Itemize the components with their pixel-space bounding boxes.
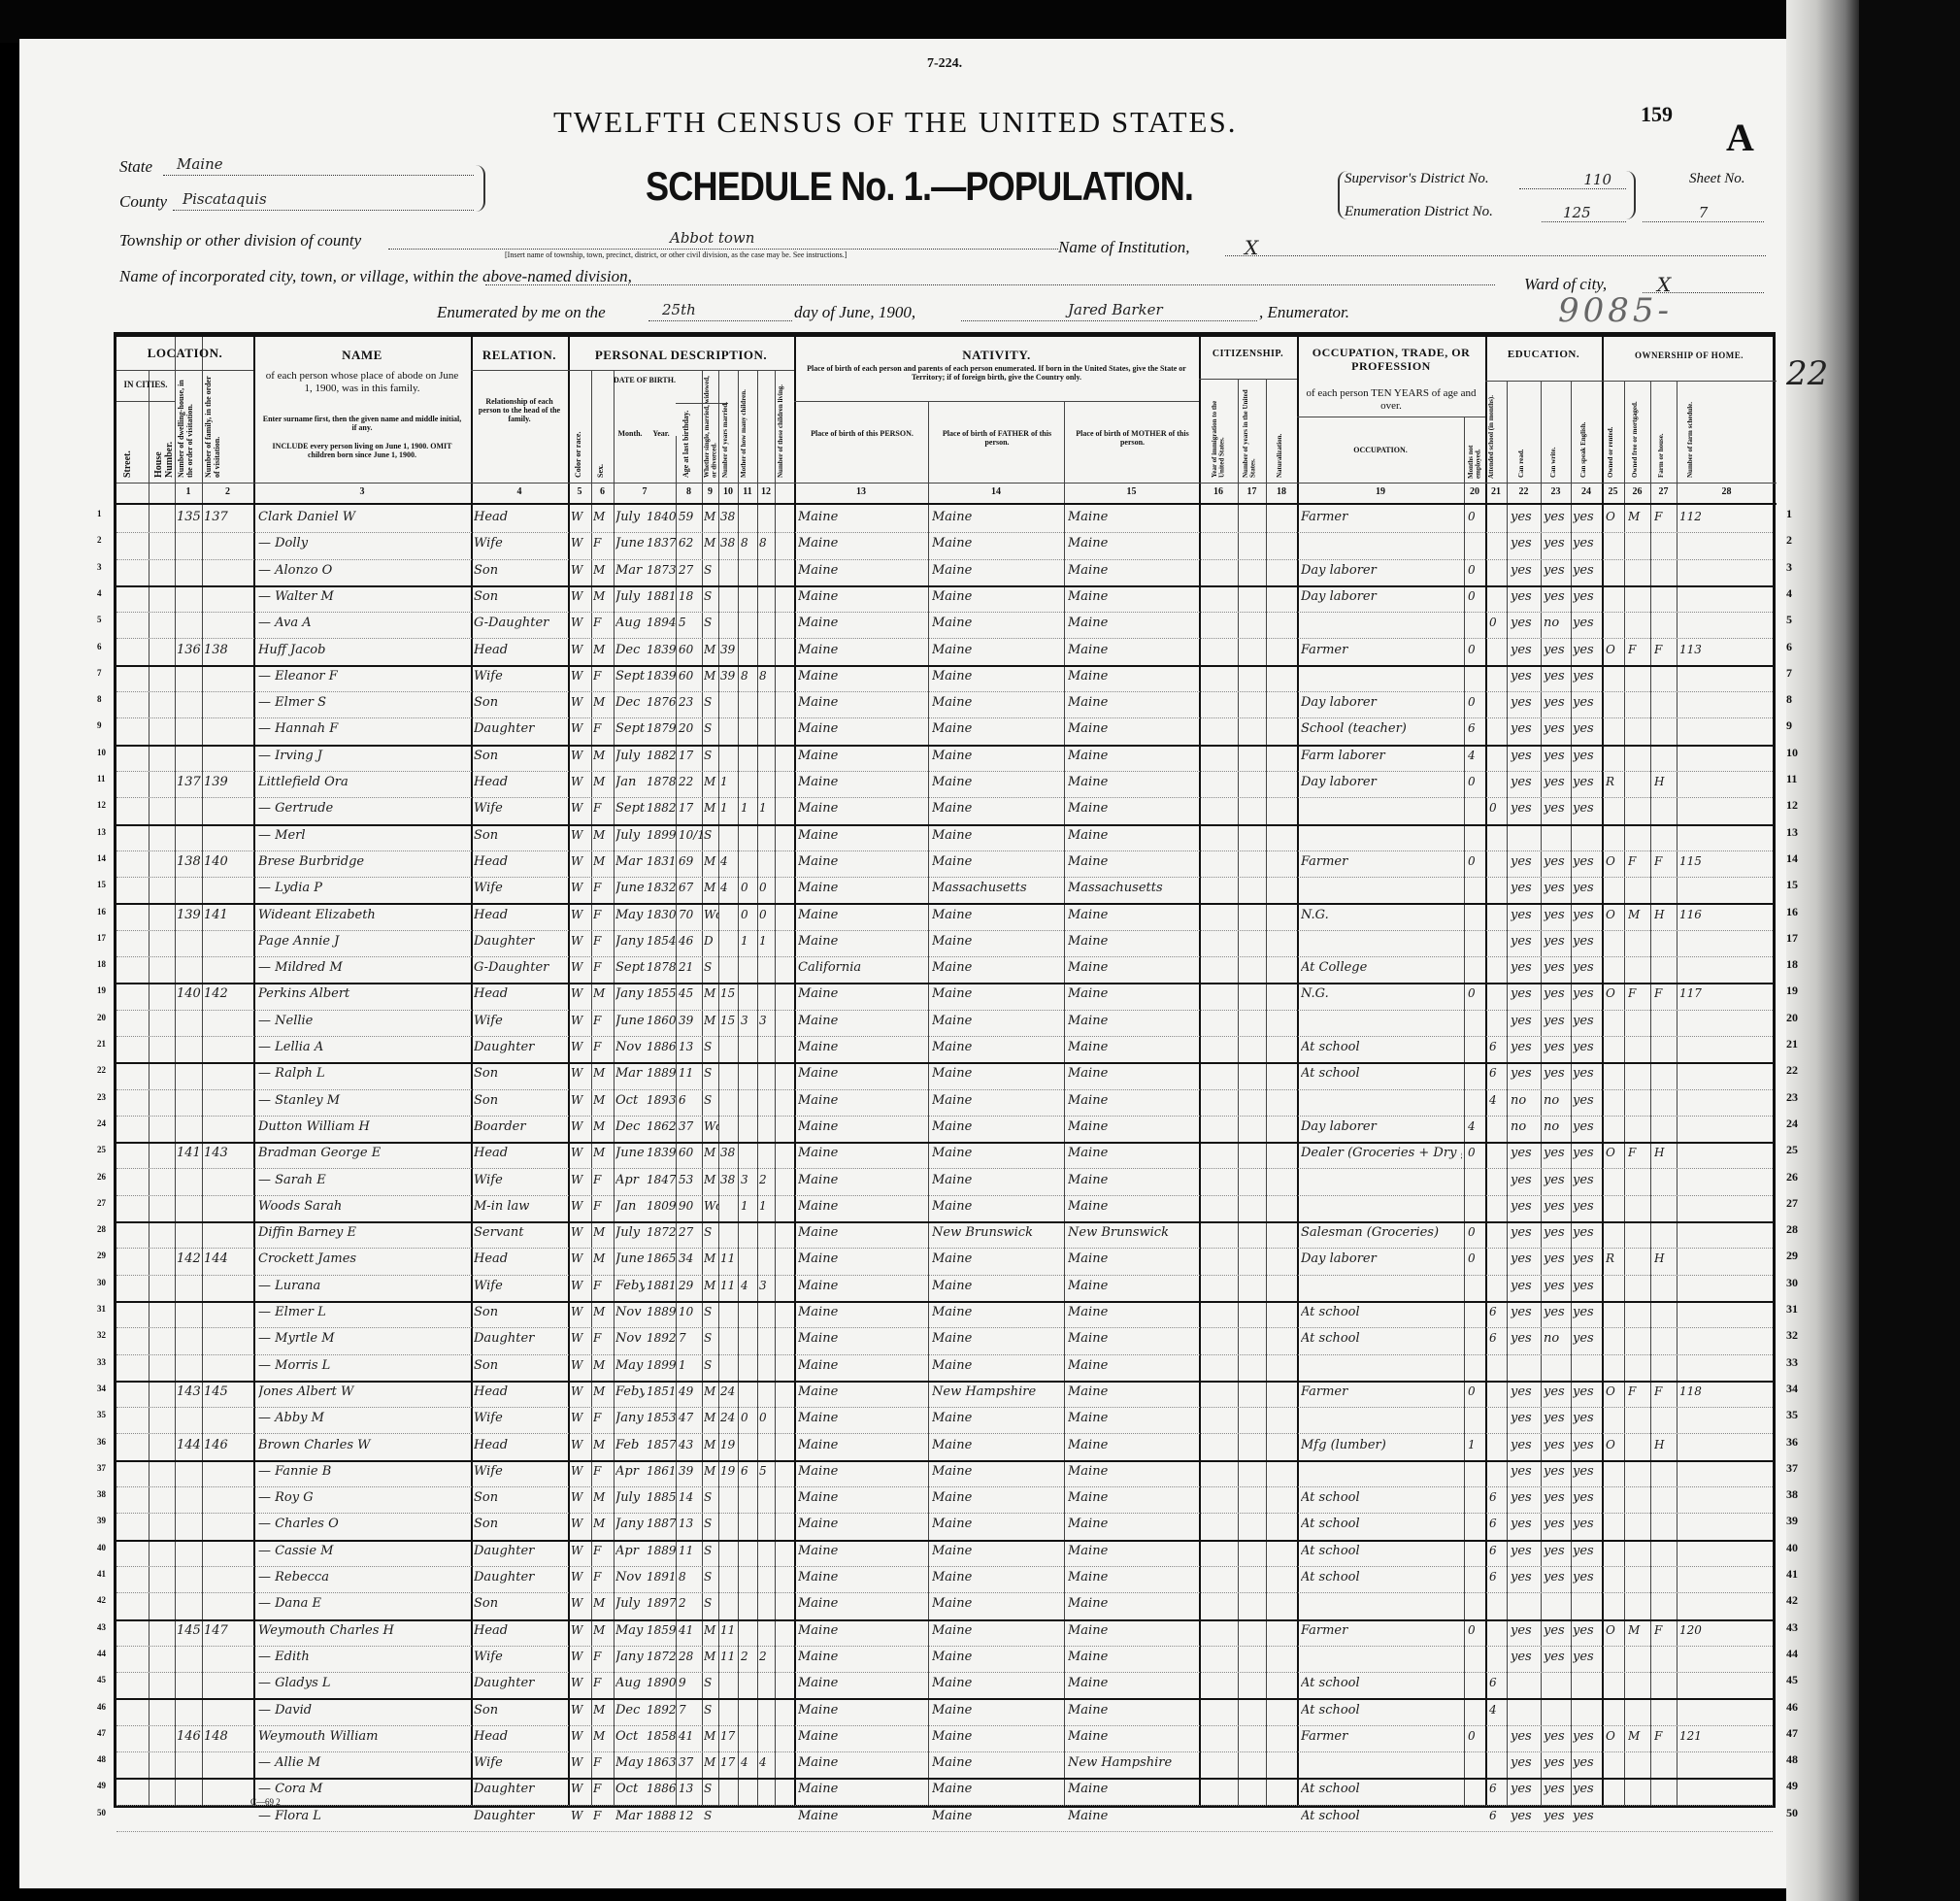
cell-bf: Maine (932, 1014, 1062, 1028)
cell-name: — Walter M (258, 589, 468, 604)
cell-month: Jan (615, 1199, 645, 1214)
cell-age: 13 (679, 1782, 702, 1795)
cell-sex: F (593, 1040, 613, 1053)
cell-rd: yes (1511, 1809, 1540, 1823)
cell-mar: S (704, 749, 718, 762)
cell-wr: no (1544, 616, 1571, 630)
cell-color: W (571, 643, 590, 656)
cell-color: W (571, 1782, 590, 1795)
line-number-left: 14 (97, 853, 106, 863)
cell-en: yes (1573, 695, 1601, 710)
cell-rel: Wife (474, 1279, 567, 1293)
cell-year: 1861 (647, 1464, 676, 1478)
cell-name: Weymouth William (258, 1729, 468, 1744)
cell-rel: Head (474, 1623, 567, 1638)
header-relation: RELATION. (471, 349, 568, 363)
cell-en: yes (1573, 854, 1601, 869)
cell-fm: F (1628, 1146, 1649, 1159)
cell-en: yes (1573, 510, 1601, 524)
cell-occ: At school (1301, 1305, 1462, 1319)
cell-sch: 6 (1489, 1544, 1505, 1557)
cell-name: — Stanley M (258, 1093, 468, 1108)
cell-year: 1832 (647, 881, 676, 894)
cell-sex: F (593, 1014, 613, 1027)
cell-bm: Maine (1068, 749, 1196, 763)
state-value: Maine (177, 155, 223, 173)
cell-name: Weymouth Charles H (258, 1623, 468, 1638)
header-birth-person: Place of birth of this PERSON. (796, 429, 928, 438)
cell-name: — Flora L (258, 1809, 468, 1823)
cell-dw: 140 (177, 986, 202, 1001)
cell-year: 1879 (647, 721, 676, 735)
column-number: 28 (1677, 486, 1777, 497)
cell-bp: Maine (798, 1040, 926, 1054)
cell-mo: 2 (741, 1650, 757, 1663)
cell-rd: yes (1511, 1199, 1540, 1214)
cell-year: 1897 (647, 1596, 676, 1610)
cell-sch: 6 (1489, 1490, 1505, 1504)
line-number-left: 29 (97, 1251, 106, 1260)
cell-rd: yes (1511, 749, 1540, 763)
cell-bf: New Hampshire (932, 1384, 1062, 1399)
cell-month: Feby (615, 1279, 645, 1293)
cell-ym: 4 (720, 881, 738, 894)
cell-bf: Maine (932, 695, 1062, 710)
cell-month: June (615, 1014, 645, 1028)
line-number: 20 (1786, 1011, 1798, 1025)
table-row: — EdithWifeWFJany187228M1122MaineMaineMa… (116, 1646, 1773, 1673)
cell-name: — Hannah F (258, 721, 468, 736)
cell-wr: yes (1544, 1199, 1571, 1214)
cell-fam: 145 (204, 1384, 252, 1399)
cell-bm: Maine (1068, 1490, 1196, 1505)
cell-year: 1892 (647, 1331, 676, 1345)
cell-age: 59 (679, 510, 702, 523)
cell-year: 1857 (647, 1438, 676, 1451)
line-number: 31 (1786, 1302, 1798, 1317)
cell-age: 34 (679, 1251, 702, 1265)
cell-color: W (571, 1305, 590, 1318)
cell-mo: 8 (741, 536, 757, 550)
cell-rel: Wife (474, 1411, 567, 1425)
cell-mo: 1 (741, 934, 757, 948)
cell-bm: Maine (1068, 1703, 1196, 1718)
cell-rd: yes (1511, 1173, 1540, 1187)
table-row: — Cassie MDaughterWFApr188911SMaineMaine… (116, 1540, 1773, 1567)
cell-year: 1889 (647, 1544, 676, 1557)
cell-bp: Maine (798, 1251, 926, 1266)
cell-rel: Head (474, 1384, 567, 1399)
cell-cl: 4 (759, 1755, 775, 1769)
cell-bf: Maine (932, 589, 1062, 604)
cell-sex: M (593, 1119, 613, 1133)
cell-occ: Dealer (Groceries + Dry goods) (1301, 1146, 1462, 1160)
ed-value: 125 (1563, 204, 1591, 221)
cell-rd: yes (1511, 1014, 1540, 1028)
cell-mar: S (704, 1305, 718, 1318)
cell-fam: 141 (204, 908, 252, 922)
line-number: 1 (1786, 507, 1792, 521)
table-row: — Irving JSonWMJuly188217SMaineMaineMain… (116, 745, 1773, 772)
cell-bp: Maine (798, 1596, 926, 1611)
table-row: — Morris LSonWMMay18991SMaineMaineMaine (116, 1354, 1773, 1383)
cell-rel: Son (474, 1305, 567, 1319)
cell-name: — Dana E (258, 1596, 468, 1611)
cell-color: W (571, 1199, 590, 1213)
cell-year: 1886 (647, 1040, 676, 1053)
line-number-left: 36 (97, 1437, 106, 1447)
cell-year: 1839 (647, 1146, 676, 1159)
cell-mar: S (704, 1596, 718, 1610)
cell-month: Mar (615, 854, 645, 869)
cell-rel: Boarder (474, 1119, 567, 1134)
cell-en: yes (1573, 908, 1601, 922)
line-number-left: 21 (97, 1039, 106, 1049)
supervisor-label: Supervisor's District No. (1345, 171, 1489, 187)
cell-bf: Maine (932, 934, 1062, 949)
cell-sex: M (593, 1703, 613, 1717)
cell-mar: S (704, 1331, 718, 1345)
cell-month: Mar (615, 1809, 645, 1823)
line-number: 8 (1786, 692, 1792, 707)
cell-month: Nov (615, 1331, 645, 1346)
cell-mar: S (704, 1040, 718, 1053)
cell-wr: yes (1544, 721, 1571, 736)
cell-rd: no (1511, 1093, 1540, 1108)
cell-year: 1892 (647, 1703, 676, 1717)
cell-bf: Maine (932, 1438, 1062, 1452)
cell-month: Oct (615, 1729, 645, 1744)
cell-bp: Maine (798, 669, 926, 684)
cell-wr: yes (1544, 881, 1571, 895)
cell-bp: Maine (798, 1358, 926, 1373)
cell-fam: 146 (204, 1438, 252, 1452)
cell-rd: yes (1511, 1040, 1540, 1054)
cell-dw: 139 (177, 908, 202, 922)
cell-bp: Maine (798, 1623, 926, 1638)
line-number: 2 (1786, 533, 1792, 548)
cell-en: yes (1573, 1623, 1601, 1638)
cell-month: Apr (615, 1173, 645, 1187)
cell-sex: F (593, 1782, 613, 1795)
cell-sex: M (593, 643, 613, 656)
cell-age: 37 (679, 1119, 702, 1133)
cell-year: 1889 (647, 1066, 676, 1080)
cell-bf: Maine (932, 1782, 1062, 1796)
cell-name: — Ava A (258, 616, 468, 630)
line-number: 21 (1786, 1037, 1798, 1051)
cell-sex: M (593, 589, 613, 603)
line-number-left: 40 (97, 1543, 106, 1552)
line-number-left: 17 (97, 933, 106, 943)
cell-rel: Daughter (474, 1570, 567, 1584)
cell-rd: yes (1511, 1623, 1540, 1638)
cell-mar: M (704, 536, 718, 550)
cell-bf: Maine (932, 1650, 1062, 1664)
table-row: Diffin Barney EServantWMJuly187227SMaine… (116, 1221, 1773, 1249)
cell-age: 46 (679, 934, 702, 948)
cell-sex: M (593, 563, 613, 577)
table-row: 139141Wideant ElizabethHeadWFMay183070Wd… (116, 904, 1773, 931)
cell-rel: Son (474, 749, 567, 763)
cell-bp: Maine (798, 1703, 926, 1718)
cell-bf: Maine (932, 908, 1062, 922)
cell-en: yes (1573, 1040, 1601, 1054)
cell-bf: Maine (932, 854, 1062, 869)
cell-rel: Son (474, 1490, 567, 1505)
cell-ym: 38 (720, 1146, 738, 1159)
table-row: 136138Huff JacobHeadWMDec183960M39MaineM… (116, 639, 1773, 667)
cell-mar: M (704, 801, 718, 815)
cell-age: 5 (679, 616, 702, 629)
cell-name: Woods Sarah (258, 1199, 468, 1214)
cell-ym: 11 (720, 1279, 738, 1292)
cell-en: yes (1573, 1093, 1601, 1108)
population-table: LOCATION. IN CITIES. Street. House Numbe… (114, 332, 1776, 1808)
column-number: 2 (202, 486, 253, 497)
line-number-left: 20 (97, 1013, 106, 1022)
cell-mo: 6 (741, 1464, 757, 1478)
cell-mar: M (704, 1411, 718, 1424)
cell-occ: At school (1301, 1331, 1462, 1346)
cell-wr: yes (1544, 986, 1571, 1001)
cell-age: 39 (679, 1464, 702, 1478)
cell-age: 47 (679, 1411, 702, 1424)
cell-rel: Wife (474, 1464, 567, 1479)
cell-bf: Massachusetts (932, 881, 1062, 895)
table-row: — Elmer SSonWMDec187623SMaineMaineMaineD… (116, 691, 1773, 718)
cell-sex: F (593, 1570, 613, 1584)
cell-age: 13 (679, 1040, 702, 1053)
cell-rd: no (1511, 1119, 1540, 1134)
cell-color: W (571, 563, 590, 577)
cell-bp: Maine (798, 1570, 926, 1584)
enumerated-day-field: 25th (648, 301, 792, 321)
cell-color: W (571, 934, 590, 948)
header-education: EDUCATION. (1485, 349, 1602, 361)
cell-en: yes (1573, 1650, 1601, 1664)
column-number: 25 (1602, 486, 1624, 497)
sheet-label: Sheet No. (1689, 171, 1745, 187)
cell-bp: Maine (798, 881, 926, 895)
cell-en: yes (1573, 1279, 1601, 1293)
line-number-left: 28 (97, 1224, 106, 1234)
cell-dw: 136 (177, 643, 202, 657)
cell-fam: 147 (204, 1623, 252, 1638)
cell-own: O (1606, 854, 1623, 868)
cell-fh: H (1654, 1146, 1676, 1159)
table-row: — Walter MSonWMJuly188118SMaineMaineMain… (116, 585, 1773, 613)
cell-color: W (571, 1358, 590, 1372)
cell-mne: 0 (1468, 563, 1483, 577)
column-number: 27 (1650, 486, 1677, 497)
cell-mar: M (704, 1755, 718, 1769)
header-name-desc: of each person whose place of abode on J… (262, 370, 462, 394)
header-name-inst2: INCLUDE every person living on June 1, 1… (262, 442, 462, 459)
cell-color: W (571, 1596, 590, 1610)
cell-color: W (571, 801, 590, 815)
cell-name: — Rebecca (258, 1570, 468, 1584)
cell-bf: Maine (932, 1729, 1062, 1744)
line-number: 15 (1786, 878, 1798, 892)
cell-mar: M (704, 1173, 718, 1186)
cell-wr: yes (1544, 1411, 1571, 1425)
cell-color: W (571, 1331, 590, 1345)
cell-age: 7 (679, 1703, 702, 1717)
cell-month: Oct (615, 1782, 645, 1796)
cell-own: O (1606, 510, 1623, 523)
cell-sex: F (593, 1650, 613, 1663)
cell-name: — Fannie B (258, 1464, 468, 1479)
cell-color: W (571, 510, 590, 523)
cell-age: 43 (679, 1438, 702, 1451)
cell-ym: 38 (720, 536, 738, 550)
cell-en: yes (1573, 1066, 1601, 1081)
table-row: — Flora LDaughterWFMar188812SMaineMaineM… (116, 1805, 1773, 1832)
cell-sch: 0 (1489, 801, 1505, 815)
cell-en: yes (1573, 1570, 1601, 1584)
cell-bp: Maine (798, 1279, 926, 1293)
page-number: 159 (1641, 102, 1673, 127)
cell-month: May (615, 908, 645, 922)
table-row: — DavidSonWMDec18927SMaineMaineMaineAt s… (116, 1699, 1773, 1726)
cell-month: June (615, 881, 645, 895)
cell-rd: yes (1511, 721, 1540, 736)
county-value: Piscataquis (183, 190, 267, 208)
line-number-left: 48 (97, 1754, 106, 1764)
cell-color: W (571, 881, 590, 894)
cell-ym: 4 (720, 854, 738, 868)
cell-rd: yes (1511, 934, 1540, 949)
cell-name: — Charles O (258, 1517, 468, 1531)
cell-sex: M (593, 1225, 613, 1239)
line-number: 14 (1786, 851, 1798, 866)
county-label: County (119, 192, 167, 212)
cell-year: 1831 (647, 854, 676, 868)
cell-occ: At school (1301, 1782, 1462, 1796)
cell-wr: yes (1544, 934, 1571, 949)
cell-rel: Son (474, 1703, 567, 1718)
table-row: — Mildred MG-DaughterWFSept187821SCalifo… (116, 956, 1773, 984)
cell-year: 1858 (647, 1729, 676, 1743)
cell-month: Dec (615, 643, 645, 657)
cell-year: 1830 (647, 908, 676, 921)
cell-age: 11 (679, 1544, 702, 1557)
header-years-us: Number of years in the United States. (1243, 387, 1257, 478)
header-speak-english: Can speak English. (1580, 405, 1588, 478)
cell-month: July (615, 1490, 645, 1505)
cell-bm: Maine (1068, 986, 1196, 1001)
cell-age: 41 (679, 1729, 702, 1743)
cell-bf: Maine (932, 536, 1062, 550)
cell-mar: M (704, 1438, 718, 1451)
cell-mne: 0 (1468, 589, 1483, 603)
cell-wr: yes (1544, 1066, 1571, 1081)
cell-rd: yes (1511, 1464, 1540, 1479)
cell-bp: Maine (798, 616, 926, 630)
cell-fs: 116 (1679, 908, 1718, 921)
cell-bm: Maine (1068, 589, 1196, 604)
cell-age: 2 (679, 1596, 702, 1610)
cell-en: yes (1573, 669, 1601, 684)
cell-mar: M (704, 1384, 718, 1398)
cell-color: W (571, 749, 590, 762)
cell-rel: Son (474, 1066, 567, 1081)
cell-bp: Maine (798, 934, 926, 949)
cell-age: 6 (679, 1093, 702, 1107)
cell-bm: Maine (1068, 908, 1196, 922)
cell-bp: Maine (798, 1411, 926, 1425)
enumerator-field: Jared Barker (961, 301, 1257, 321)
cell-en: yes (1573, 1119, 1601, 1134)
cell-bp: California (798, 960, 926, 975)
enumerator-label: , Enumerator. (1259, 303, 1349, 322)
cell-en: yes (1573, 1544, 1601, 1558)
cell-color: W (571, 1014, 590, 1027)
table-row: 138140Brese BurbridgeHeadWMMar183169M4Ma… (116, 850, 1773, 878)
cell-name: Huff Jacob (258, 643, 468, 657)
cell-color: W (571, 1464, 590, 1478)
cell-rd: yes (1511, 1411, 1540, 1425)
cell-color: W (571, 1093, 590, 1107)
cell-wr: no (1544, 1331, 1571, 1346)
cell-wr: yes (1544, 1279, 1571, 1293)
cell-occ: Farmer (1301, 1623, 1462, 1638)
header-relation-desc: Relationship of each person to the head … (474, 397, 565, 424)
cell-bp: Maine (798, 1464, 926, 1479)
cell-sex: M (593, 1305, 613, 1318)
schedule-title: SCHEDULE No. 1.—POPULATION. (646, 163, 1193, 210)
cell-sch: 6 (1489, 1517, 1505, 1530)
cell-rd: yes (1511, 908, 1540, 922)
institution-field: X (1225, 236, 1766, 256)
cell-sex: F (593, 1809, 613, 1822)
line-number: 46 (1786, 1700, 1798, 1715)
cell-bf: Maine (932, 1040, 1062, 1054)
cell-bp: Maine (798, 1119, 926, 1134)
cell-bf: Maine (932, 960, 1062, 975)
cell-age: 17 (679, 749, 702, 762)
line-number-left: 3 (97, 562, 102, 572)
cell-bf: Maine (932, 643, 1062, 657)
cell-mar: M (704, 1729, 718, 1743)
cell-name: — Merl (258, 828, 468, 843)
cell-rd: yes (1511, 986, 1540, 1001)
cell-rd: yes (1511, 1755, 1540, 1770)
cell-bf: Maine (932, 801, 1062, 816)
cell-month: Apr (615, 1544, 645, 1558)
line-number-left: 30 (97, 1278, 106, 1287)
township-label: Township or other division of county (119, 231, 361, 250)
table-row: — RebeccaDaughterWFNov18918SMaineMaineMa… (116, 1566, 1773, 1593)
cell-bf: Maine (932, 1755, 1062, 1770)
cell-own: O (1606, 1384, 1623, 1398)
cell-month: Jany (615, 1650, 645, 1664)
line-number-left: 22 (97, 1065, 106, 1075)
line-number: 41 (1786, 1567, 1798, 1582)
cell-age: 69 (679, 854, 702, 868)
table-row: — LuranaWifeWFFeby188129M1143MaineMaineM… (116, 1275, 1773, 1303)
cell-name: — Gertrude (258, 801, 468, 816)
cell-mar: Wd (704, 1119, 718, 1133)
cell-sex: M (593, 854, 613, 868)
line-number: 3 (1786, 560, 1792, 575)
cell-color: W (571, 1703, 590, 1717)
line-number-left: 5 (97, 615, 102, 624)
cell-bf: Maine (932, 1066, 1062, 1081)
cell-sex: F (593, 934, 613, 948)
cell-age: 1 (679, 1358, 702, 1372)
